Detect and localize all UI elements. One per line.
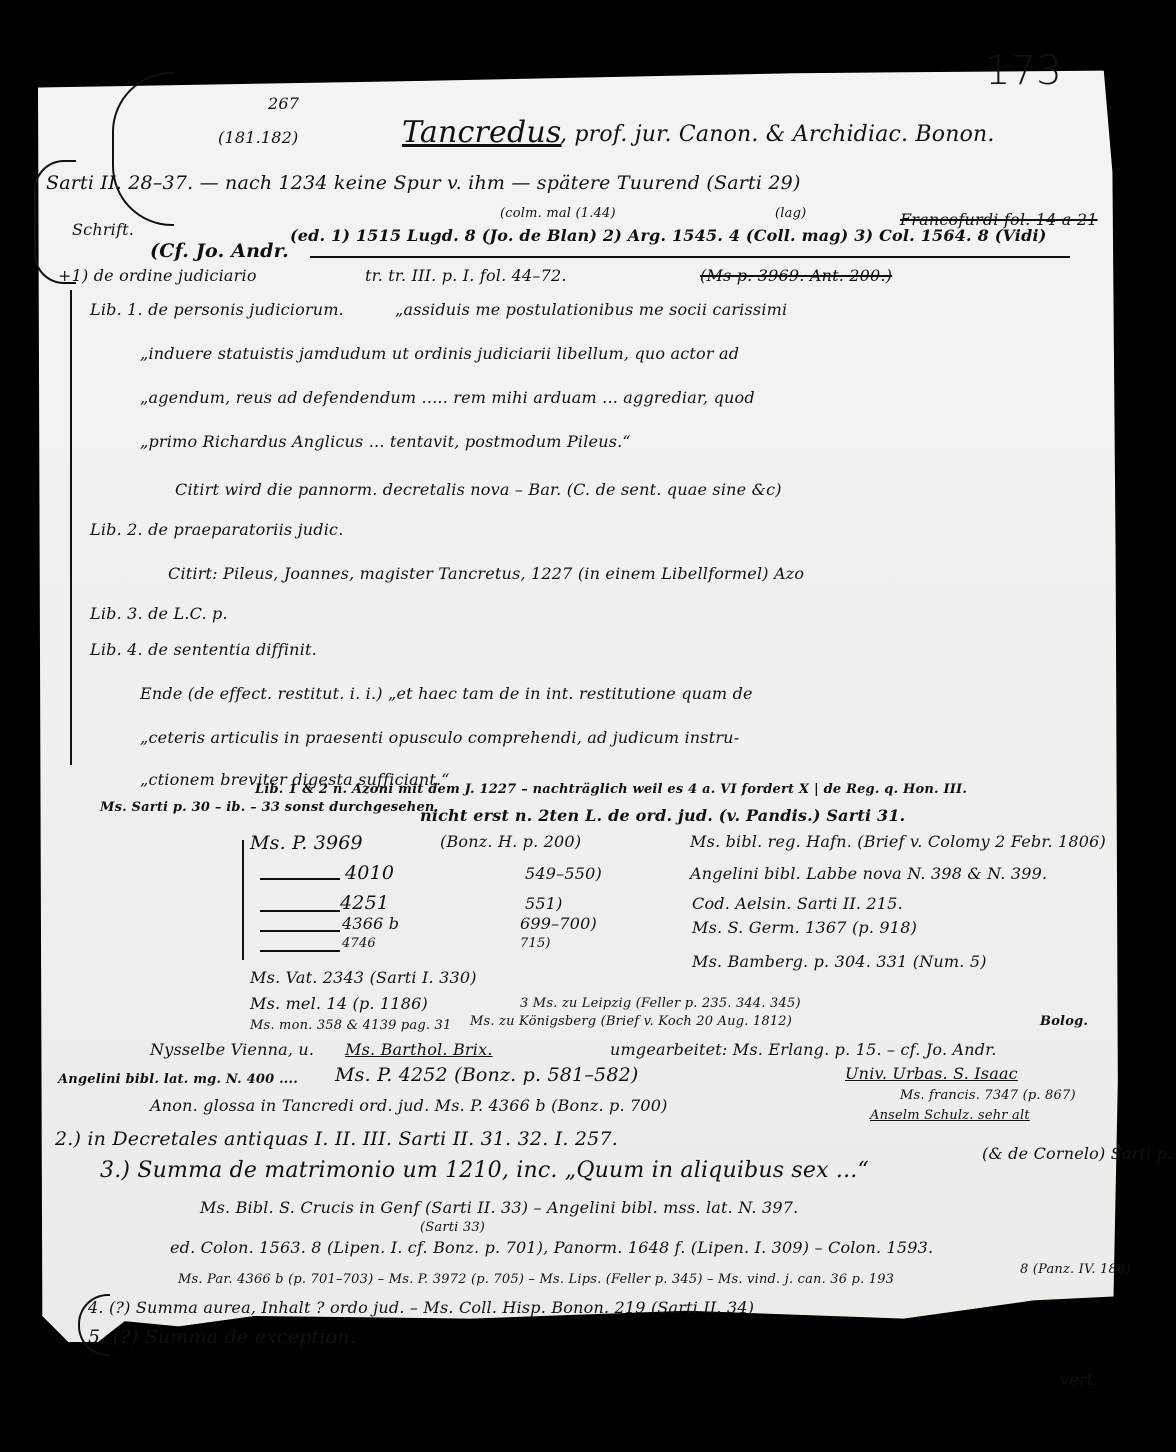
lib1-quote-2: „induere statuistis jamdudum ut ordinis … xyxy=(140,344,739,363)
sarti-note: Ms. Sarti p. 30 – ib. – 33 sonst durchge… xyxy=(100,800,435,815)
underline-rule xyxy=(310,256,1070,258)
ms-row-4-target: Ms. S. Germ. 1367 (p. 918) xyxy=(692,918,917,937)
item-3-editions-side: 8 (Panz. IV. 188) xyxy=(1020,1262,1131,1277)
struck-reference: (Ms p. 3969. Ant. 200.) xyxy=(700,266,892,285)
lib1-label: Lib. 1. de personis judiciorum. xyxy=(90,300,344,319)
ms-vat: Ms. Vat. 2343 (Sarti I. 330) xyxy=(250,968,477,987)
item-3-editions: ed. Colon. 1563. 8 (Lipen. I. cf. Bonz. … xyxy=(170,1238,933,1257)
ms-row-3-ms: 4251 xyxy=(340,892,389,914)
ms-brace-line xyxy=(242,840,244,960)
ms-row-3-ref: 551) xyxy=(525,894,563,913)
work-title: +1) de ordine judiciario xyxy=(58,266,257,285)
upper-note: Lib. 1 & 2 n. Azoni mit dem J. 1227 – na… xyxy=(255,782,967,797)
ms-row-5-ref: 715) xyxy=(520,936,551,951)
left-brace-line xyxy=(70,290,72,765)
francis-note: Anselm Schulz. sehr alt xyxy=(870,1108,1030,1123)
ms-leipzig: 3 Ms. zu Leipzig (Feller p. 235. 344. 34… xyxy=(520,996,801,1011)
cf-reference: (Cf. Jo. Andr. xyxy=(150,240,289,262)
margin-ref-number: 267 xyxy=(268,94,299,113)
item-3: 3.) Summa de matrimonio um 1210, inc. „Q… xyxy=(100,1158,869,1183)
ms-row-5-target: Ms. Bamberg. p. 304. 331 (Num. 5) xyxy=(692,952,987,971)
ms-row-4-ref: 699–700) xyxy=(520,914,597,933)
ms-rule xyxy=(260,878,340,880)
ms-row-3-target: Cod. Aelsin. Sarti II. 215. xyxy=(692,894,903,913)
ms-nyss: Nysselbe Vienna, u. xyxy=(150,1040,314,1059)
ms-rule xyxy=(260,950,340,952)
ms-bolog: Bolog. xyxy=(1040,1014,1088,1029)
line-sarti-ref: Sarti II. 28–37. — nach 1234 keine Spur … xyxy=(46,172,801,194)
ms-row-1-ms: Ms. P. 3969 xyxy=(250,832,363,854)
folio-number: 173 xyxy=(985,48,1062,94)
lib3-label: Lib. 3. de L.C. p. xyxy=(90,604,228,623)
ms-row-1-target: Ms. bibl. reg. Hafn. (Brief v. Colomy 2 … xyxy=(690,832,1106,851)
ms-rule xyxy=(260,930,340,932)
item-4: 4. (?) Summa aurea, Inhalt ? ordo jud. –… xyxy=(88,1298,754,1317)
ms-rule xyxy=(260,910,340,912)
ms-row-2-ref: 549–550) xyxy=(525,864,602,883)
ms-row-4-ms: 4366 b xyxy=(342,914,399,933)
interlinear-lag: (lag) xyxy=(775,206,806,221)
item-3-interlinear: (Sarti 33) xyxy=(420,1220,485,1235)
lib2-label: Lib. 2. de praeparatoriis judic. xyxy=(90,520,344,539)
lib1-quote-3: „agendum, reus ad defendendum ..... rem … xyxy=(140,388,755,407)
lib2-cited: Citirt: Pileus, Joannes, magister Tancre… xyxy=(168,564,804,583)
lib4-label: Lib. 4. de sententia diffinit. xyxy=(90,640,317,659)
ms-bartho: Ms. Barthol. Brix. xyxy=(345,1040,493,1059)
lib1-quote-4: „primo Richardus Anglicus ... tentavit, … xyxy=(140,432,631,451)
item-2-side: (& de Cornelo) Sarti p. 33. xyxy=(982,1144,1176,1163)
page-title: Tancredus xyxy=(402,115,562,150)
verso-mark: vert. xyxy=(1060,1370,1099,1389)
ms-univ: Univ. Urbas. S. Isaac xyxy=(845,1064,1018,1083)
work-reference: tr. tr. III. p. I. fol. 44–72. xyxy=(365,266,567,285)
anon-gloss: Anon. glossa in Tancredi ord. jud. Ms. P… xyxy=(150,1096,668,1115)
ms-p4252: Ms. P. 4252 (Bonz. p. 581–582) xyxy=(335,1064,639,1086)
item-3-manuscripts: Ms. Par. 4366 b (p. 701–703) – Ms. P. 39… xyxy=(178,1272,894,1287)
struck-note: Francofurdi fol. 14 a 21 xyxy=(900,210,1098,229)
schrift-label: Schrift. xyxy=(72,220,134,239)
upper-note-2: nicht erst n. 2ten L. de ord. jud. (v. P… xyxy=(420,806,905,825)
ms-angelini: Angelini bibl. lat. mg. N. 400 .... xyxy=(58,1072,298,1087)
ms-row-2-ms: 4010 xyxy=(345,862,394,884)
lib1-quote-1: „assiduis me postulationibus me socii ca… xyxy=(395,300,787,319)
lib1-cited: Citirt wird die pannorm. decretalis nova… xyxy=(175,480,782,499)
ms-francis: Ms. francis. 7347 (p. 867) xyxy=(900,1088,1076,1103)
ms-row-1-ref: (Bonz. H. p. 200) xyxy=(440,832,581,851)
ms-mon: Ms. mon. 358 & 4139 pag. 31 xyxy=(250,1018,452,1033)
title-description: , prof. jur. Canon. & Archidiac. Bonon. xyxy=(560,122,995,147)
ms-leipzig-2: Ms. zu Königsberg (Brief v. Koch 20 Aug.… xyxy=(470,1014,792,1029)
ms-row-5-ms: 4746 xyxy=(342,936,376,951)
margin-ref-pages: (181.182) xyxy=(218,128,298,147)
interlinear-note: (colm. mal (1.44) xyxy=(500,206,616,221)
lib4-quote-1: Ende (de effect. restitut. i. i.) „et ha… xyxy=(140,684,753,703)
ms-mel: Ms. mel. 14 (p. 1186) xyxy=(250,994,428,1013)
ms-row-2-target: Angelini bibl. Labbe nova N. 398 & N. 39… xyxy=(690,864,1047,883)
ms-erlang: umgearbeitet: Ms. Erlang. p. 15. – cf. J… xyxy=(610,1040,997,1059)
lib4-quote-2: „ceteris articulis in praesenti opusculo… xyxy=(140,728,739,747)
item-3-ms: Ms. Bibl. S. Crucis in Genf (Sarti II. 3… xyxy=(200,1198,798,1217)
item-5: 5. (?) Summa de exception. xyxy=(88,1326,356,1348)
item-2: 2.) in Decretales antiquas I. II. III. S… xyxy=(55,1128,618,1150)
